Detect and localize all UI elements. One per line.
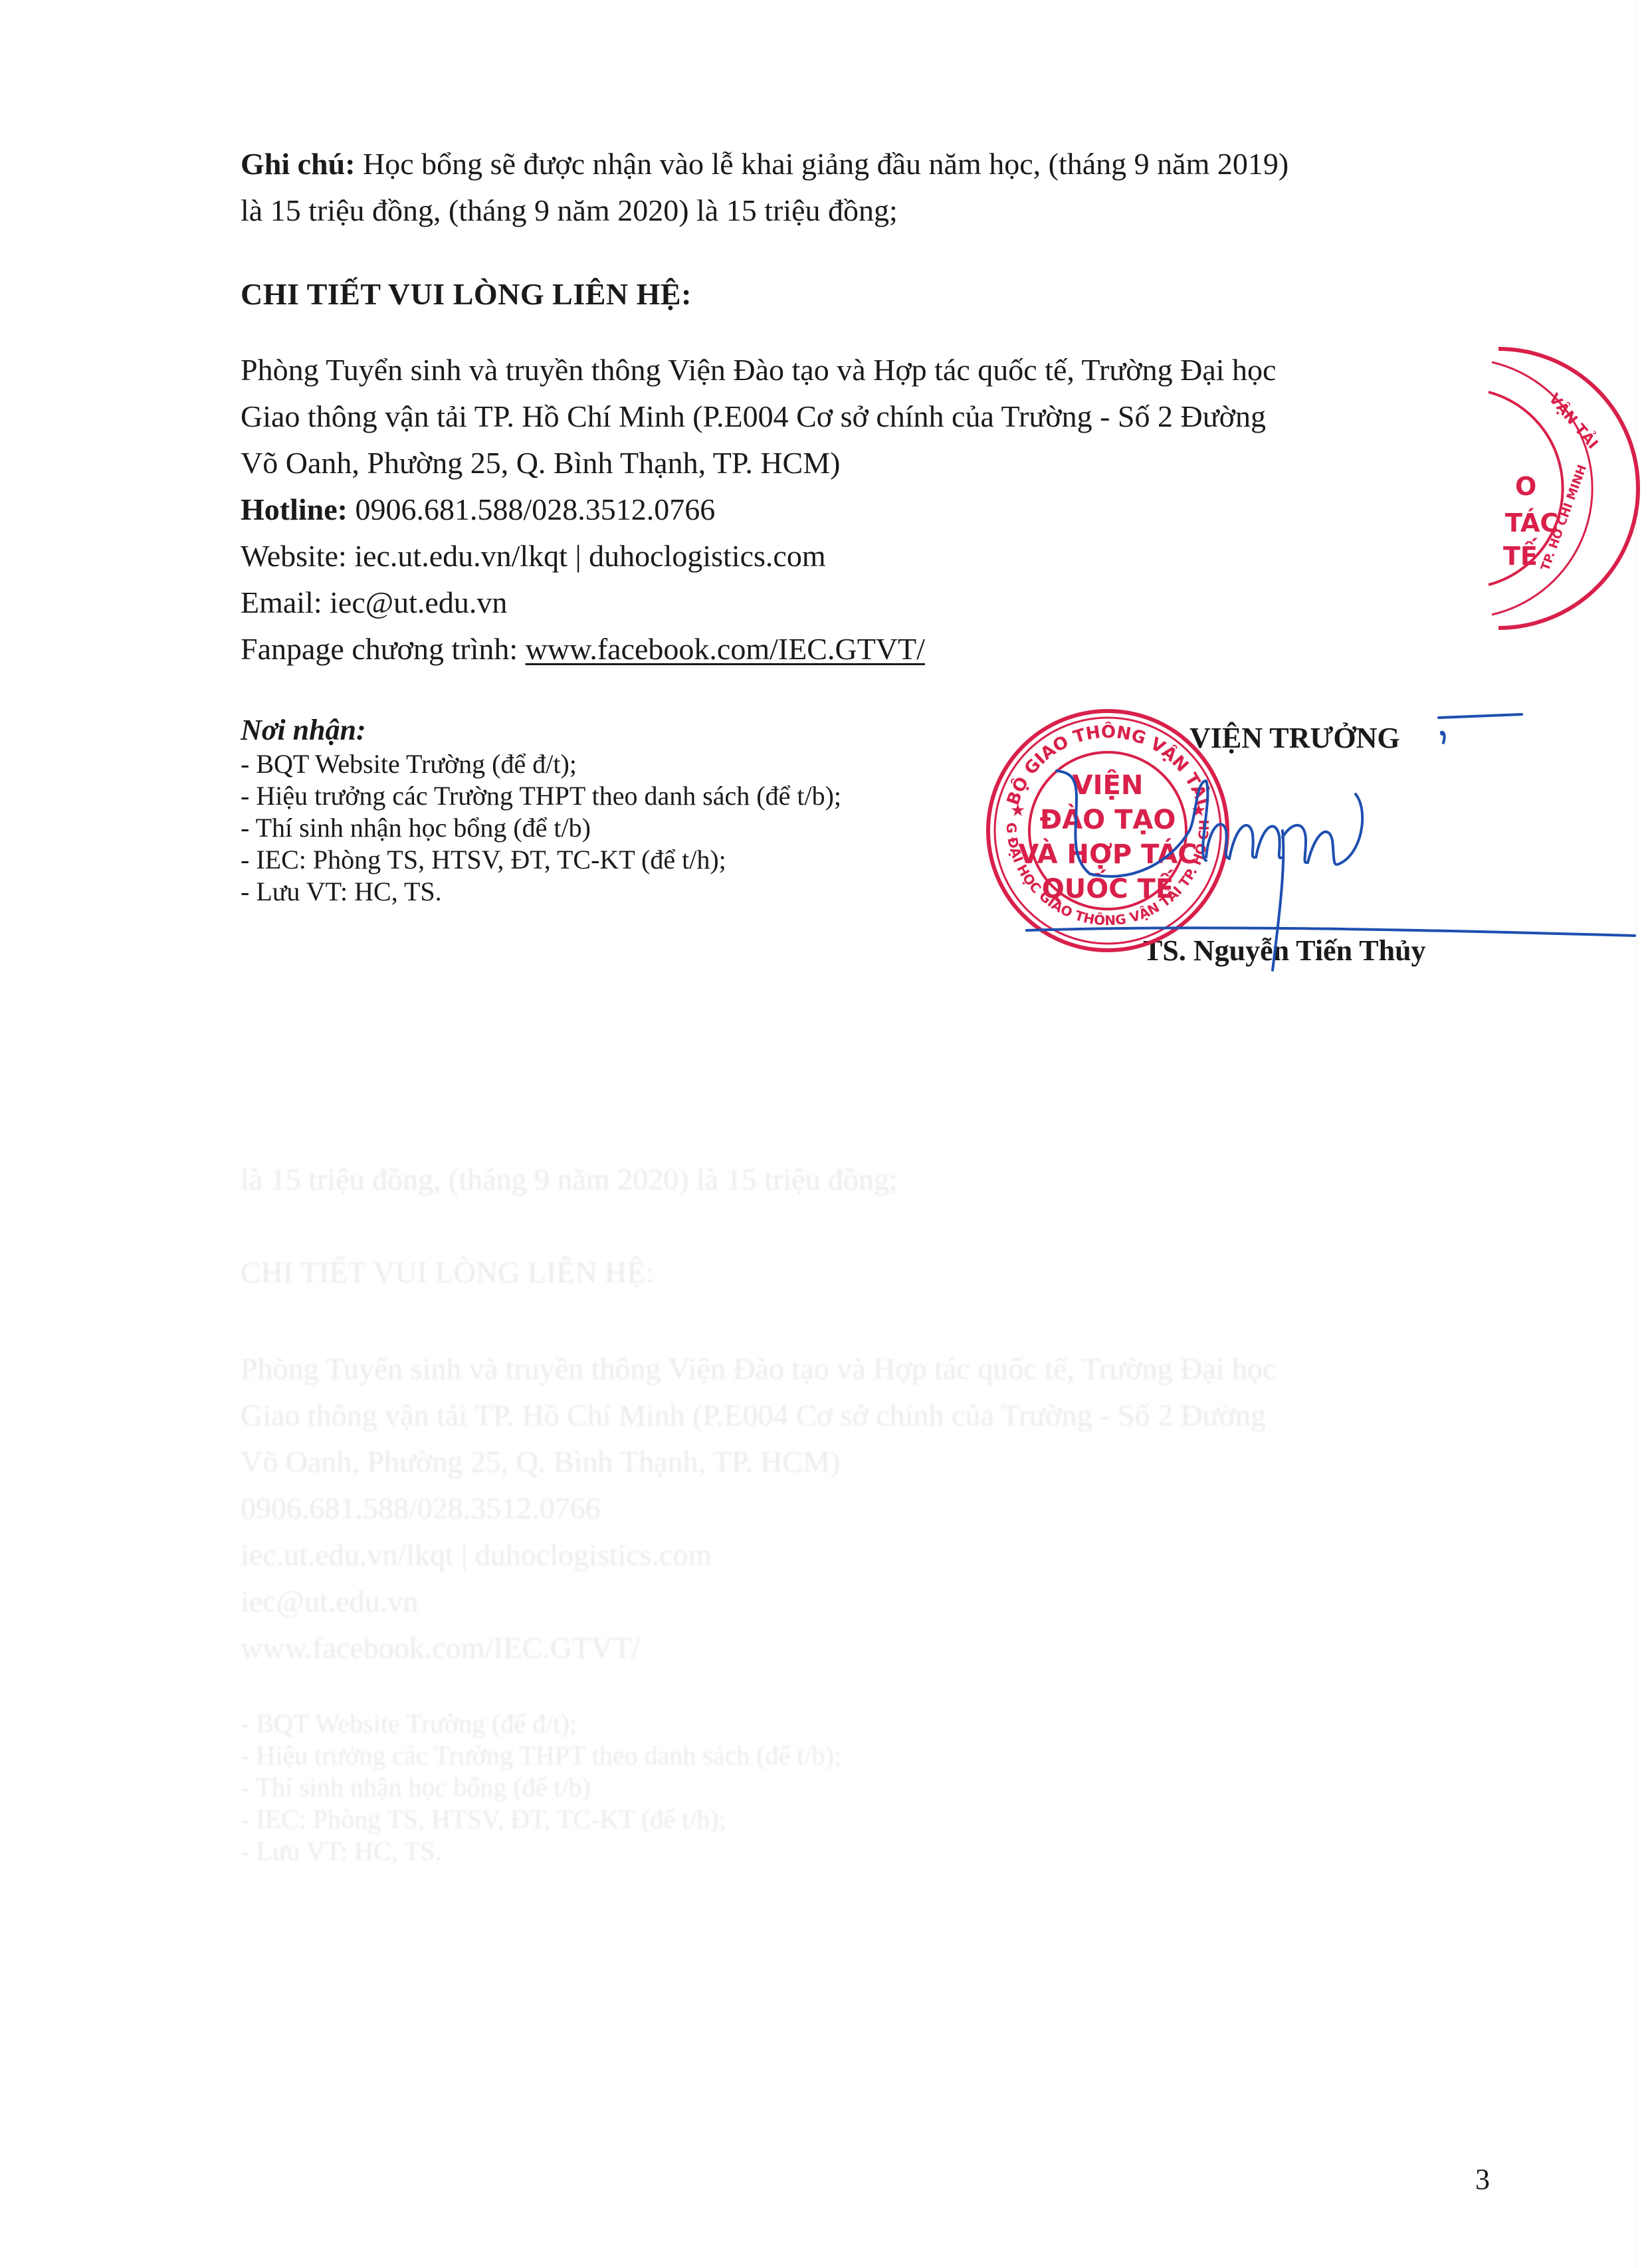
svg-text:VIỆN: VIỆN <box>1073 769 1144 801</box>
svg-text:QUỐC TẾ: QUỐC TẾ <box>1042 869 1174 904</box>
svg-text:BỘ GIAO THÔNG VẬN TẢI: BỘ GIAO THÔNG VẬN TẢI <box>1003 721 1213 808</box>
recipient-item: - Thí sinh nhận học bổng (để t/b) <box>241 812 591 844</box>
note-paragraph: Ghi chú: Học bổng sẽ được nhận vào lễ kh… <box>241 141 1288 187</box>
svg-text:TẾ: TẾ <box>1503 538 1538 571</box>
note-label: Ghi chú: <box>241 147 356 181</box>
recipient-item: - BQT Website Trường (để đ/t); <box>241 748 577 780</box>
fanpage-label: Fanpage chương trình: <box>241 632 526 666</box>
fanpage-link[interactable]: www.facebook.com/IEC.GTVT/ <box>526 632 925 666</box>
email-line: Email: iec@ut.edu.vn <box>241 579 507 626</box>
svg-text:ĐÀO TẠO: ĐÀO TẠO <box>1040 803 1176 835</box>
bleed-through-text: - BQT Website Trường (để đ/t); <box>241 1708 577 1740</box>
svg-text:TÁC: TÁC <box>1505 508 1558 538</box>
bleed-through-text: iec@ut.edu.vn <box>241 1578 418 1625</box>
svg-text:★: ★ <box>1010 801 1025 821</box>
svg-text:VẬN TẢI: VẬN TẢI <box>1545 389 1602 453</box>
svg-text:O: O <box>1515 472 1536 501</box>
website-label: Website: <box>241 539 354 573</box>
email-label: Email: <box>241 585 330 619</box>
website-line: Website: iec.ut.edu.vn/lkqt | duhoclogis… <box>241 533 826 579</box>
address-line: Võ Oanh, Phường 25, Q. Bình Thạnh, TP. H… <box>241 440 840 486</box>
document-page: Phòng Tuyển sinh và truyền thông Viện Đà… <box>0 0 1648 2268</box>
bleed-through-text: 0906.681.588/028.3512.0766 <box>241 1485 601 1532</box>
bleed-through-text: - Thí sinh nhận học bổng (để t/b) <box>241 1772 591 1804</box>
bleed-through-text: Võ Oanh, Phường 25, Q. Bình Thạnh, TP. H… <box>241 1439 840 1485</box>
address-line: Phòng Tuyển sinh và truyền thông Viện Đà… <box>241 347 1276 393</box>
website-value: iec.ut.edu.vn/lkqt | duhoclogistics.com <box>354 539 825 573</box>
address-line: Giao thông vận tải TP. Hồ Chí Minh (P.E0… <box>241 393 1266 440</box>
fanpage-line: Fanpage chương trình: www.facebook.com/I… <box>241 626 925 672</box>
bleed-through-text: Phòng Tuyển sinh và truyền thông Viện Đà… <box>241 1346 1276 1392</box>
bleed-through-text: là 15 triệu đồng, (tháng 9 năm 2020) là … <box>241 1156 898 1203</box>
recipients-title: Nơi nhận: <box>241 707 366 754</box>
partial-stamp-icon: VẬN TẢIOTÁCTẾTP. HỒ CHÍ MINH <box>1489 349 1638 628</box>
bleed-through-text: - Lưu VT: HC, TS. <box>241 1835 442 1867</box>
recipient-item: - Hiệu trưởng các Trường THPT theo danh … <box>241 780 841 812</box>
signer-title: VIỆN TRƯỞNG <box>1189 715 1400 762</box>
note-text: Học bổng sẽ được nhận vào lễ khai giảng … <box>356 147 1289 181</box>
scan-edge-line <box>1636 0 1637 2268</box>
svg-text:★: ★ <box>1191 801 1206 821</box>
svg-text:VÀ HỢP TÁC: VÀ HỢP TÁC <box>1018 838 1197 870</box>
signer-name: TS. Nguyễn Tiến Thủy <box>1143 928 1426 974</box>
hotline-line: Hotline: 0906.681.588/028.3512.0766 <box>241 486 715 533</box>
hotline-label: Hotline: <box>241 492 348 526</box>
recipient-item: - IEC: Phòng TS, HTSV, ĐT, TC-KT (để t/h… <box>241 844 726 876</box>
bleed-through-text: iec.ut.edu.vn/lkqt | duhoclogistics.com <box>241 1532 712 1578</box>
recipient-item: - Lưu VT: HC, TS. <box>241 876 442 908</box>
bleed-through-text: - IEC: Phòng TS, HTSV, ĐT, TC-KT (để t/h… <box>241 1804 726 1835</box>
email-value: iec@ut.edu.vn <box>330 585 507 619</box>
stamp-signature-overlay: BỘ GIAO THÔNG VẬN TẢI TRƯỜNG ĐẠI HỌC GIA… <box>0 0 1648 2268</box>
bleed-through-text: Giao thông vận tải TP. Hồ Chí Minh (P.E0… <box>241 1392 1266 1439</box>
hotline-value: 0906.681.588/028.3512.0766 <box>348 492 715 526</box>
page-number: 3 <box>1475 2156 1490 2203</box>
bleed-through-text: - Hiệu trưởng các Trường THPT theo danh … <box>241 1740 841 1772</box>
svg-text:TP. HỒ CHÍ MINH: TP. HỒ CHÍ MINH <box>1536 463 1590 573</box>
bleed-through-text: www.facebook.com/IEC.GTVT/ <box>241 1625 640 1671</box>
note-paragraph-line2: là 15 triệu đồng, (tháng 9 năm 2020) là … <box>241 187 898 234</box>
contact-heading: CHI TIẾT VUI LÒNG LIÊN HỆ: <box>241 271 692 318</box>
bleed-through-text: CHI TIẾT VUI LÒNG LIÊN HỆ: <box>241 1249 654 1296</box>
